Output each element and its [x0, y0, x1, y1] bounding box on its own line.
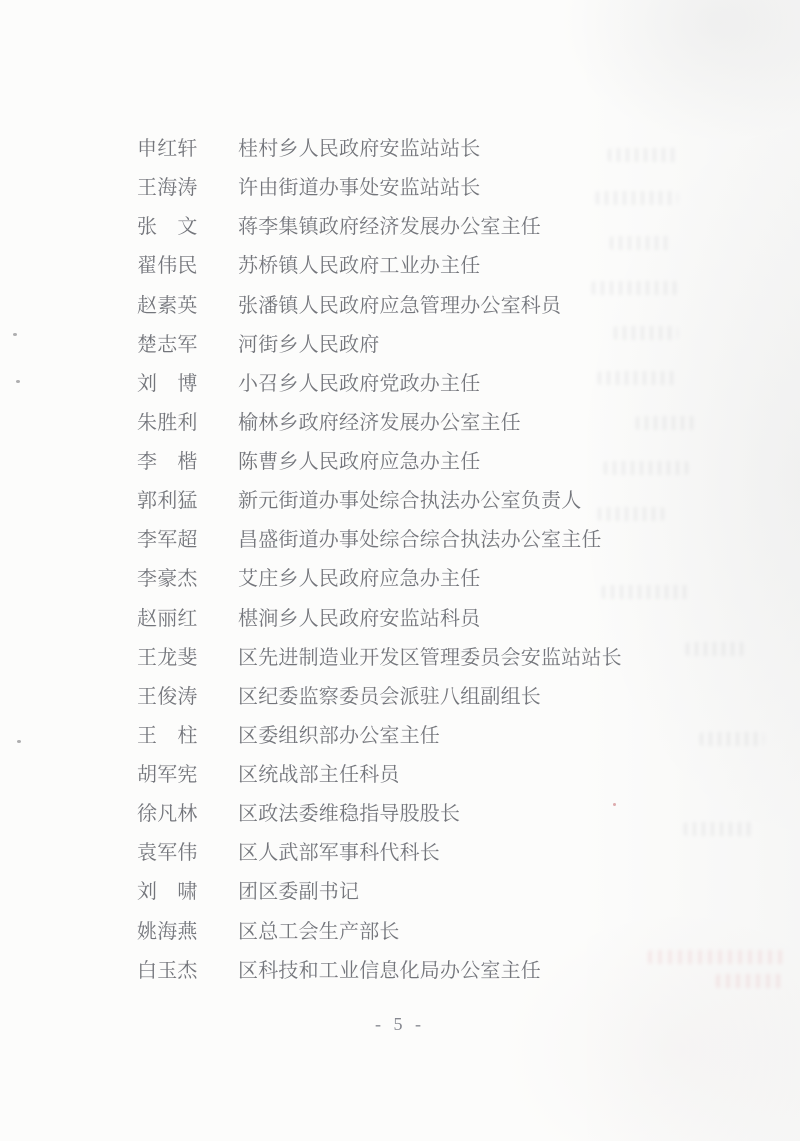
roster-row: 王海涛许由街道办事处安监站站长 — [137, 169, 622, 208]
bleed-through-mark — [636, 416, 694, 430]
bleed-through-mark — [648, 950, 788, 964]
roster-row: 李豪杰艾庄乡人民政府应急办主任 — [137, 560, 622, 599]
entry-name: 徐凡林 — [137, 795, 238, 834]
roster-row: 姚海燕区总工会生产部长 — [137, 913, 622, 952]
entry-name: 郭利猛 — [137, 482, 238, 521]
roster-row: 刘 啸团区委副书记 — [137, 873, 622, 912]
entry-position: 许由街道办事处安监站站长 — [238, 177, 480, 199]
scan-speck — [13, 333, 17, 336]
entry-name: 申红轩 — [137, 130, 238, 169]
entry-position: 河街乡人民政府 — [238, 334, 379, 356]
entry-position: 团区委副书记 — [238, 881, 359, 903]
scan-speck — [17, 740, 21, 743]
entry-name: 刘 博 — [137, 365, 238, 404]
roster-row: 赵丽红椹涧乡人民政府安监站科员 — [137, 600, 622, 639]
entry-position: 桂村乡人民政府安监站站长 — [238, 138, 480, 160]
entry-name: 袁军伟 — [137, 834, 238, 873]
roster-row: 刘 博小召乡人民政府党政办主任 — [137, 365, 622, 404]
entry-position: 张潘镇人民政府应急管理办公室科员 — [238, 295, 561, 317]
roster-row: 王 柱区委组织部办公室主任 — [137, 717, 622, 756]
entry-name: 王 柱 — [137, 717, 238, 756]
roster-row: 张 文蒋李集镇政府经济发展办公室主任 — [137, 208, 622, 247]
entry-name: 王海涛 — [137, 169, 238, 208]
entry-position: 区统战部主任科员 — [238, 764, 400, 786]
entry-position: 苏桥镇人民政府工业办主任 — [238, 255, 480, 277]
entry-position: 艾庄乡人民政府应急办主任 — [238, 568, 480, 590]
roster-row: 李 楷陈曹乡人民政府应急办主任 — [137, 443, 622, 482]
roster-row: 胡军宪区统战部主任科员 — [137, 756, 622, 795]
entry-position: 区政法委维稳指导股股长 — [238, 803, 460, 825]
entry-position: 蒋李集镇政府经济发展办公室主任 — [238, 216, 541, 238]
roster-row: 王俊涛区纪委监察委员会派驻八组副组长 — [137, 678, 622, 717]
scanned-document-page: 申红轩桂村乡人民政府安监站站长 王海涛许由街道办事处安监站站长 张 文蒋李集镇政… — [0, 0, 800, 1141]
roster-row: 翟伟民苏桥镇人民政府工业办主任 — [137, 247, 622, 286]
entry-name: 赵丽红 — [137, 600, 238, 639]
entry-name: 李豪杰 — [137, 560, 238, 599]
roster-row: 郭利猛新元街道办事处综合执法办公室负责人 — [137, 482, 622, 521]
entry-name: 王俊涛 — [137, 678, 238, 717]
entry-name: 楚志军 — [137, 326, 238, 365]
entry-name: 白玉杰 — [137, 952, 238, 991]
entry-position: 区先进制造业开发区管理委员会安监站站长 — [238, 647, 622, 669]
entry-position: 区委组织部办公室主任 — [238, 725, 440, 747]
entry-name: 朱胜利 — [137, 404, 238, 443]
entry-name: 赵素英 — [137, 287, 238, 326]
roster-row: 袁军伟区人武部军事科代科长 — [137, 834, 622, 873]
roster-row: 李军超昌盛街道办事处综合综合执法办公室主任 — [137, 521, 622, 560]
entry-position: 区总工会生产部长 — [238, 921, 400, 943]
bleed-through-mark — [684, 822, 754, 836]
scan-speck — [16, 380, 20, 383]
bleed-through-mark — [686, 642, 744, 656]
entry-name: 李 楷 — [137, 443, 238, 482]
entry-name: 刘 啸 — [137, 873, 238, 912]
entry-position: 区纪委监察委员会派驻八组副组长 — [238, 686, 541, 708]
entry-name: 张 文 — [137, 208, 238, 247]
roster-row: 楚志军河街乡人民政府 — [137, 326, 622, 365]
roster-row: 朱胜利榆林乡政府经济发展办公室主任 — [137, 404, 622, 443]
entry-name: 翟伟民 — [137, 247, 238, 286]
bleed-through-mark — [700, 732, 764, 746]
entry-name: 姚海燕 — [137, 913, 238, 952]
entry-name: 王龙斐 — [137, 639, 238, 678]
entry-name: 李军超 — [137, 521, 238, 560]
roster-row: 申红轩桂村乡人民政府安监站站长 — [137, 130, 622, 169]
entry-position: 椹涧乡人民政府安监站科员 — [238, 608, 480, 630]
entry-position: 小召乡人民政府党政办主任 — [238, 373, 480, 395]
page-number: - 5 - — [0, 1014, 800, 1035]
entry-position: 榆林乡政府经济发展办公室主任 — [238, 412, 521, 434]
entry-position: 新元街道办事处综合执法办公室负责人 — [238, 490, 581, 512]
roster-row: 白玉杰区科技和工业信息化局办公室主任 — [137, 952, 622, 991]
bleed-through-mark — [614, 326, 678, 340]
roster-row: 王龙斐区先进制造业开发区管理委员会安监站站长 — [137, 639, 622, 678]
entry-name: 胡军宪 — [137, 756, 238, 795]
entry-position: 陈曹乡人民政府应急办主任 — [238, 451, 480, 473]
bleed-through-mark — [716, 974, 786, 988]
entry-position: 区人武部军事科代科长 — [238, 842, 440, 864]
entry-position: 昌盛街道办事处综合综合执法办公室主任 — [238, 529, 602, 551]
entry-position: 区科技和工业信息化局办公室主任 — [238, 960, 541, 982]
scan-speck — [613, 803, 616, 806]
roster-row: 赵素英张潘镇人民政府应急管理办公室科员 — [137, 287, 622, 326]
entries-list: 申红轩桂村乡人民政府安监站站长 王海涛许由街道办事处安监站站长 张 文蒋李集镇政… — [137, 130, 622, 991]
roster-row: 徐凡林区政法委维稳指导股股长 — [137, 795, 622, 834]
